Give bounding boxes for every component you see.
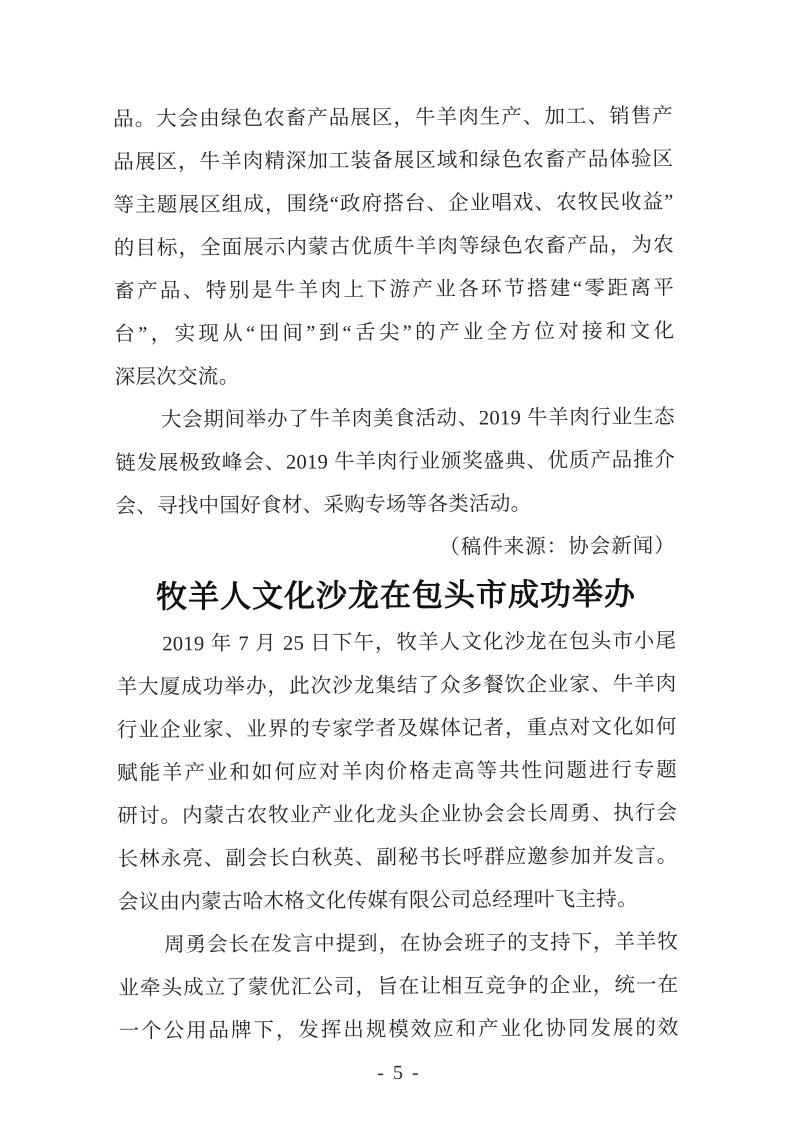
article2-line: 长林永亮、副会长白秋英、副秘书长呼群应邀参加并发言。 bbox=[117, 835, 677, 881]
article2-title: 牧羊人文化沙龙在包头市成功举办 bbox=[116, 568, 676, 623]
article1-line: 品展区，牛羊肉精深加工装备展区域和绿色农畜产品体验区 bbox=[113, 138, 673, 184]
article2-line: 会议由内蒙古哈木格文化传媒有限公司总经理叶飞主持。 bbox=[118, 878, 678, 924]
article2-line: 羊大厦成功举办，此次沙龙集结了众多餐饮企业家、牛羊肉 bbox=[116, 663, 676, 709]
article1-line: 的目标，全面展示内蒙古优质牛羊肉等绿色农畜产品，为农 bbox=[114, 224, 674, 270]
article2-line: 行业企业家、业界的专家学者及媒体记者，重点对文化如何 bbox=[117, 706, 677, 752]
article2-line: 周勇会长在发言中提到，在协会班子的支持下，羊羊牧 bbox=[118, 921, 678, 967]
article2-line: 2019 年 7 月 25 日下午，牧羊人文化沙龙在包头市小尾 bbox=[116, 620, 676, 666]
article1-line: 品。大会由绿色农畜产品展区，牛羊肉生产、加工、销售产 bbox=[113, 95, 673, 141]
article1-line: 台”，实现从“田间”到“舌尖”的产业全方位对接和文化 bbox=[114, 310, 674, 356]
article1-line: 畜产品、特别是牛羊肉上下游产业各环节搭建“零距离平 bbox=[114, 267, 674, 313]
document-page: 品。大会由绿色农畜产品展区，牛羊肉生产、加工、销售产 品展区，牛羊肉精深加工装备… bbox=[0, 0, 793, 1122]
article1-line: 链发展极致峰会、2019 牛羊肉行业颁奖盛典、优质产品推介 bbox=[115, 439, 675, 485]
article2-line: 赋能羊产业和如何应对羊肉价格走高等共性问题进行专题 bbox=[117, 749, 677, 795]
source-credit: （稿件来源：协会新闻） bbox=[116, 525, 676, 571]
article2-line: 一个公用品牌下，发挥出规模效应和产业化协同发展的效 bbox=[119, 1007, 679, 1053]
article1-line: 等主题展区组成，围绕“政府搭台、企业唱戏、农牧民收益” bbox=[113, 181, 673, 227]
article2-line: 业牵头成立了蒙优汇公司，旨在让相互竞争的企业，统一在 bbox=[118, 964, 678, 1010]
article1-line: 深层次交流。 bbox=[115, 353, 675, 399]
page-content: 品。大会由绿色农畜产品展区，牛羊肉生产、加工、销售产 品展区，牛羊肉精深加工装备… bbox=[113, 95, 679, 1096]
article1-line: 大会期间举办了牛羊肉美食活动、2019 牛羊肉行业生态 bbox=[115, 396, 675, 442]
page-number: - 5 - bbox=[119, 1050, 679, 1096]
article1-line: 会、寻找中国好食材、采购专场等各类活动。 bbox=[115, 482, 675, 528]
article2-line: 研讨。内蒙古农牧业产业化龙头企业协会会长周勇、执行会 bbox=[117, 792, 677, 838]
